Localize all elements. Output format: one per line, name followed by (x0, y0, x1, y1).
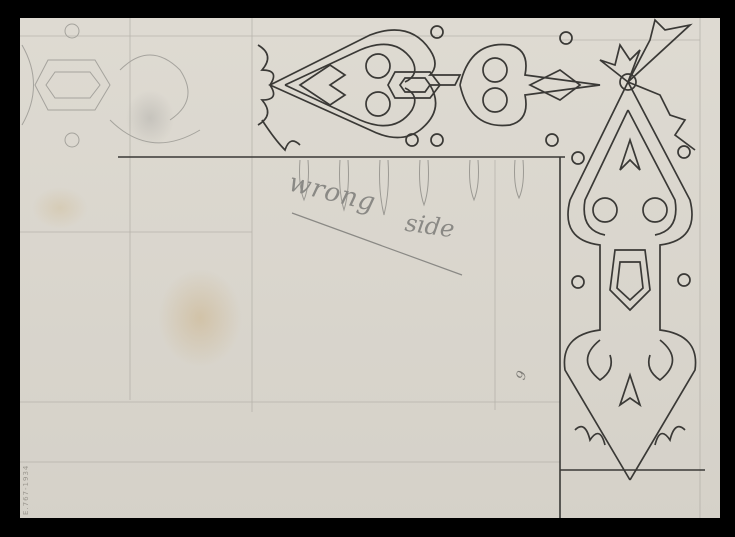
construction-lines (20, 18, 700, 518)
ornamental-border-drawing (0, 0, 735, 537)
vertical-band-ornament (564, 82, 695, 480)
top-band-ornament (258, 26, 600, 164)
accession-inscription: E.767-1934 (22, 445, 34, 515)
faint-left-ornament (22, 24, 200, 147)
